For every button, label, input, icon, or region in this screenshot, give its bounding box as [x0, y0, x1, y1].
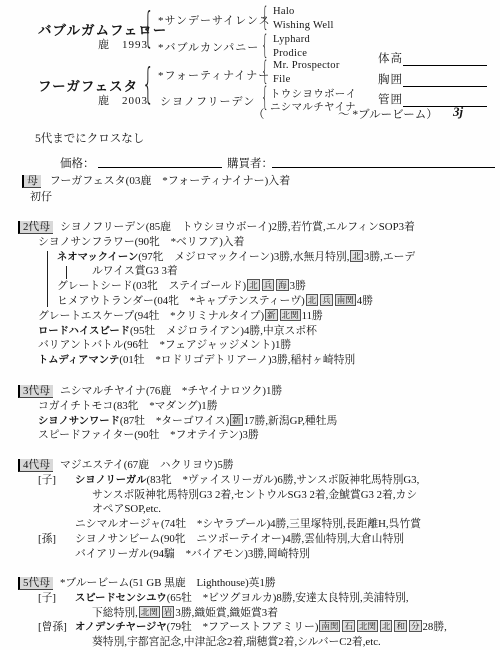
pedigree-line: [曾孫]オノデンチヤージヤ(79牡 *フアーストフアミリー)南関石北関北和分28…	[0, 620, 500, 635]
cannon-label: 管囲	[378, 94, 403, 106]
region-badge: 新	[230, 414, 243, 426]
region-badge: 和	[394, 620, 407, 632]
pedigree-line: サンスポ阪神牝馬特別G3 2着,セントウルSG3 2着,金鯱賞G3 2着,カシ	[0, 488, 500, 503]
record-text: 3勝	[290, 280, 306, 292]
record-text: 葵特別,宇都宮記念,中津記念2着,瑞穂賞2着,シルバーC2着,etc.	[92, 636, 381, 648]
damsire-name: *フォーティナイナー	[158, 67, 270, 83]
record-text: (87牡 *ターゴワイス)	[120, 415, 229, 427]
pedigree-line: グレートエスケープ(94牡 *クリミナルタイプ)新北関11勝	[0, 309, 500, 324]
dam-birth: 鹿 2003	[98, 92, 148, 108]
pedigree-line: コガイチトモコ(83牝 *マダング)1勝	[0, 399, 500, 414]
record-text: ニシマルチヤイナ(76鹿 *チヤイナロツク)1勝	[60, 385, 282, 397]
pedigree-entry: ニシマルチヤイナ(76鹿 *チヤイナロツク)1勝	[60, 385, 282, 397]
generation-label: 5代母	[18, 577, 53, 590]
cannon-field: 管囲	[378, 91, 487, 107]
grandsire-name: *サンデーサイレンス	[158, 12, 271, 28]
record-text: 下総特別,	[92, 607, 138, 619]
horse-name: ネオマックイーン	[57, 252, 138, 263]
cross-note: 5代までにクロスなし	[35, 130, 144, 146]
price-blank-line	[98, 155, 222, 168]
generation-section: 3代母ニシマルチヤイナ(76鹿 *チヤイナロツク)1勝コガイチトモコ(83牝 *…	[0, 384, 500, 443]
record-text: サンスポ阪神牝馬特別G3 2着,セントウルSG3 2着,金鯱賞G3 2着,カシ	[92, 489, 417, 501]
granddam-sire-name: *バブルカンパニー	[158, 39, 259, 55]
chest-label: 胸囲	[378, 74, 403, 86]
region-badge: 新	[265, 309, 278, 321]
record-text: ルワイス賞G3 3着	[92, 265, 178, 277]
pedigree-line: ロードハイスピード(95牡 メジロライアン)4勝,中京スポ杯	[0, 324, 500, 339]
relation-prefix: [孫]	[38, 532, 75, 547]
record-text: シヨノサンビーム(90牝 ニツポーテイオー)4勝,雲仙特別,大倉山特別	[75, 533, 404, 545]
relation-prefix: [子]	[38, 473, 75, 488]
record-text: マジエステイ(67鹿 ハクリヨウ)5勝	[60, 459, 234, 471]
region-badge: 北関	[139, 606, 160, 618]
record-text: (97牝 メジロマックイーン)3勝,水無月特別,	[138, 251, 349, 263]
pedigree-line: 5代母*ブルービーム(51 GB 黒鹿 Lighthouse)英1勝	[0, 576, 500, 591]
relation-prefix: [曾孫]	[38, 620, 75, 635]
region-badge: 南関	[319, 620, 340, 632]
horse-name: シヨノリーガル	[75, 475, 146, 486]
generation-section: 4代母マジエステイ(67鹿 ハクリヨウ)5勝[子]シヨノリーガル(83牝 *ヴァ…	[0, 458, 500, 562]
ancestor-name: Halo	[273, 6, 295, 17]
record-text: シヨノフリーデン(85鹿 トウシヨウボーイ)2勝,若竹賞,エルフィンSOP3着	[60, 221, 415, 233]
record-text: グレートシード(03牝 ステイゴールド)	[57, 280, 246, 292]
second-dam-name: シヨノフリーデン	[160, 93, 255, 109]
record-text: (79牡 *フアーストフアミリー)	[167, 621, 319, 633]
pedigree-line: グレートシード(03牝 ステイゴールド)北兵海3勝	[0, 279, 500, 294]
ancestor-name: Lyphard	[273, 34, 310, 45]
horse-name: トムディアマンテ	[38, 355, 119, 366]
record-text: ヒメアウトランダー(04牝 *キャプテンスティーヴ)	[57, 295, 305, 307]
region-badge: 兵	[262, 279, 275, 291]
region-badge: 北	[350, 250, 363, 262]
pedigree-line: 葵特別,宇都宮記念,中津記念2着,瑞穂賞2着,シルバーC2着,etc.	[0, 635, 500, 650]
brace: {	[142, 64, 154, 104]
pedigree-catalog-page: バブルガムフェロー 鹿 1993 { *サンデーサイレンス *バブルカンパニー …	[0, 0, 500, 650]
pedigree-line: ニシマルオージャ(74牡 *シヤラブール)4勝,三里塚特別,長距離H,呉竹賞	[0, 517, 500, 532]
pedigree-line: シヨノサンワード(87牡 *ターゴワイス)新17勝,新潟GP,種牡馬	[0, 414, 500, 429]
horse-name: ロードハイスピード	[38, 326, 130, 337]
price-label: 価格：	[60, 155, 95, 171]
region-badge: 北関	[280, 309, 301, 321]
record-text: (95牡 メジロライアン)4勝,中京スポ杯	[130, 325, 317, 337]
pedigree-line: ルワイス賞G3 3着	[0, 264, 500, 279]
tree-connector-line	[47, 251, 48, 307]
record-text: グレートエスケープ(94牡 *クリミナルタイプ)	[38, 310, 264, 322]
dam-race-record: フーガフェスタ(03鹿 *フォーティナイナー)入着	[50, 175, 291, 187]
height-blank-line	[403, 53, 487, 66]
record-text: スピードファイター(90牡 *フオテイテン)3勝	[38, 429, 259, 441]
brace: {	[261, 5, 269, 31]
ancestor-name: File	[273, 74, 291, 85]
pedigree-line: 下総特別,北関岩3勝,織姫賞,織姫賞3着	[0, 606, 500, 621]
region-badge: 兵	[320, 294, 333, 306]
record-text: 11勝	[302, 310, 323, 322]
dam-generation-label: 母	[22, 175, 41, 188]
pedigree-line: スピードファイター(90牡 *フオテイテン)3勝	[0, 428, 500, 443]
horse-name: オノデンチヤージヤ	[75, 622, 167, 633]
height-field: 体高	[378, 50, 487, 66]
sire-birth: 鹿 1993	[98, 36, 148, 52]
generation-section: 2代母シヨノフリーデン(85鹿 トウシヨウボーイ)2勝,若竹賞,エルフィンSOP…	[0, 220, 500, 368]
generation-label: 3代母	[18, 385, 53, 398]
pedigree-line: [子]スピードセンシユウ(65牡 *ビツグヨルカ)8勝,安達太良特別,美浦特別,	[0, 591, 500, 606]
pedigree-line: ネオマックイーン(97牝 メジロマックイーン)3勝,水無月特別,北3勝,エーデ	[0, 250, 500, 265]
region-badge: 分	[409, 620, 422, 632]
region-badge: 石	[342, 620, 355, 632]
generation-label: 2代母	[18, 221, 53, 234]
chest-blank-line	[403, 74, 487, 87]
pedigree-entry: マジエステイ(67鹿 ハクリヨウ)5勝	[60, 459, 234, 471]
chest-field: 胸囲	[378, 71, 487, 87]
generation-label: 4代母	[18, 459, 53, 472]
region-badge: 岩	[162, 606, 175, 618]
relation-prefix: [子]	[38, 591, 75, 606]
record-text: 4勝	[357, 295, 373, 307]
tree-connector-line	[66, 266, 67, 279]
buyer-blank-line	[272, 155, 495, 168]
ancestor-name: Wishing Well	[273, 20, 334, 31]
record-text: ニシマルオージャ(74牡 *シヤラブール)4勝,三里塚特別,長距離H,呉竹賞	[75, 518, 421, 530]
pedigree-line: ヒメアウトランダー(04牝 *キャプテンスティーヴ)北兵南関4勝	[0, 294, 500, 309]
generation-section: 5代母*ブルービーム(51 GB 黒鹿 Lighthouse)英1勝[子]スピー…	[0, 576, 500, 650]
pedigree-line: シヨノサンフラワー(90牝 *ベリフア)入着	[0, 235, 500, 250]
record-text: 28勝,	[423, 621, 447, 633]
record-text: (65牡 *ビツグヨルカ)8勝,安達太良特別,美浦特別,	[167, 592, 409, 604]
family-line-text: ～ *ブルービーム）	[338, 106, 438, 122]
record-text: バリアントバトル(96牡 *フェアジャッジメント)1勝	[38, 339, 291, 351]
buyer-label: 購買者：	[227, 155, 273, 171]
record-text: (01牡 *ロドリゴデトリアーノ)3勝,稲村ヶ崎特別	[119, 354, 355, 366]
pedigree-line: トムディアマンテ(01牡 *ロドリゴデトリアーノ)3勝,稲村ヶ崎特別	[0, 353, 500, 368]
family-number: 3j	[453, 104, 463, 120]
pedigree-line: オペアSOP,etc.	[0, 502, 500, 517]
first-foal-note: 初仔	[30, 188, 52, 204]
ancestor-name: Prodice	[273, 48, 307, 59]
pedigree-line: 4代母マジエステイ(67鹿 ハクリヨウ)5勝	[0, 458, 500, 473]
height-label: 体高	[378, 53, 403, 65]
pedigree-entry: シヨノフリーデン(85鹿 トウシヨウボーイ)2勝,若竹賞,エルフィンSOP3着	[60, 221, 415, 233]
record-text: (83牝 *ヴァイスリーガル)6勝,サンスポ阪神牝馬特別G3,	[146, 474, 419, 486]
horse-name: スピードセンシユウ	[75, 593, 167, 604]
horse-name: シヨノサンワード	[38, 416, 120, 427]
record-text: シヨノサンフラワー(90牝 *ベリフア)入着	[38, 236, 244, 248]
pedigree-line: バイアリーガル(94騸 *バイアモン)3勝,岡崎特別	[0, 547, 500, 562]
record-text: 17勝,新潟GP,種牡馬	[244, 415, 338, 427]
record-text: 3勝,織姫賞,織姫賞3着	[175, 607, 278, 619]
region-badge: 北	[306, 294, 319, 306]
pedigree-line: [子]シヨノリーガル(83牝 *ヴァイスリーガル)6勝,サンスポ阪神牝馬特別G3…	[0, 473, 500, 488]
pedigree-line: バリアントバトル(96牡 *フェアジャッジメント)1勝	[0, 338, 500, 353]
family-line-open-paren: （	[253, 106, 265, 122]
record-text: バイアリーガル(94騸 *バイアモン)3勝,岡崎特別	[75, 548, 310, 560]
record-text: 3勝,エーデ	[364, 251, 415, 263]
ancestor-name: Mr. Prospector	[273, 60, 340, 71]
pedigree-line: 3代母ニシマルチヤイナ(76鹿 *チヤイナロツク)1勝	[0, 384, 500, 399]
region-badge: 北	[247, 279, 260, 291]
region-badge: 南関	[335, 294, 356, 306]
pedigree-line: 2代母シヨノフリーデン(85鹿 トウシヨウボーイ)2勝,若竹賞,エルフィンSOP…	[0, 220, 500, 235]
pedigree-entry: *ブルービーム(51 GB 黒鹿 Lighthouse)英1勝	[60, 577, 276, 589]
region-badge: 北関	[357, 620, 378, 632]
pedigree-line: [孫]シヨノサンビーム(90牝 ニツポーテイオー)4勝,雲仙特別,大倉山特別	[0, 532, 500, 547]
record-text: オペアSOP,etc.	[92, 503, 161, 515]
region-badge: 北	[380, 620, 393, 632]
region-badge: 海	[276, 279, 289, 291]
brace: {	[142, 8, 154, 48]
record-text: *ブルービーム(51 GB 黒鹿 Lighthouse)英1勝	[60, 577, 276, 589]
record-text: コガイチトモコ(83牝 *マダング)1勝	[38, 400, 218, 412]
